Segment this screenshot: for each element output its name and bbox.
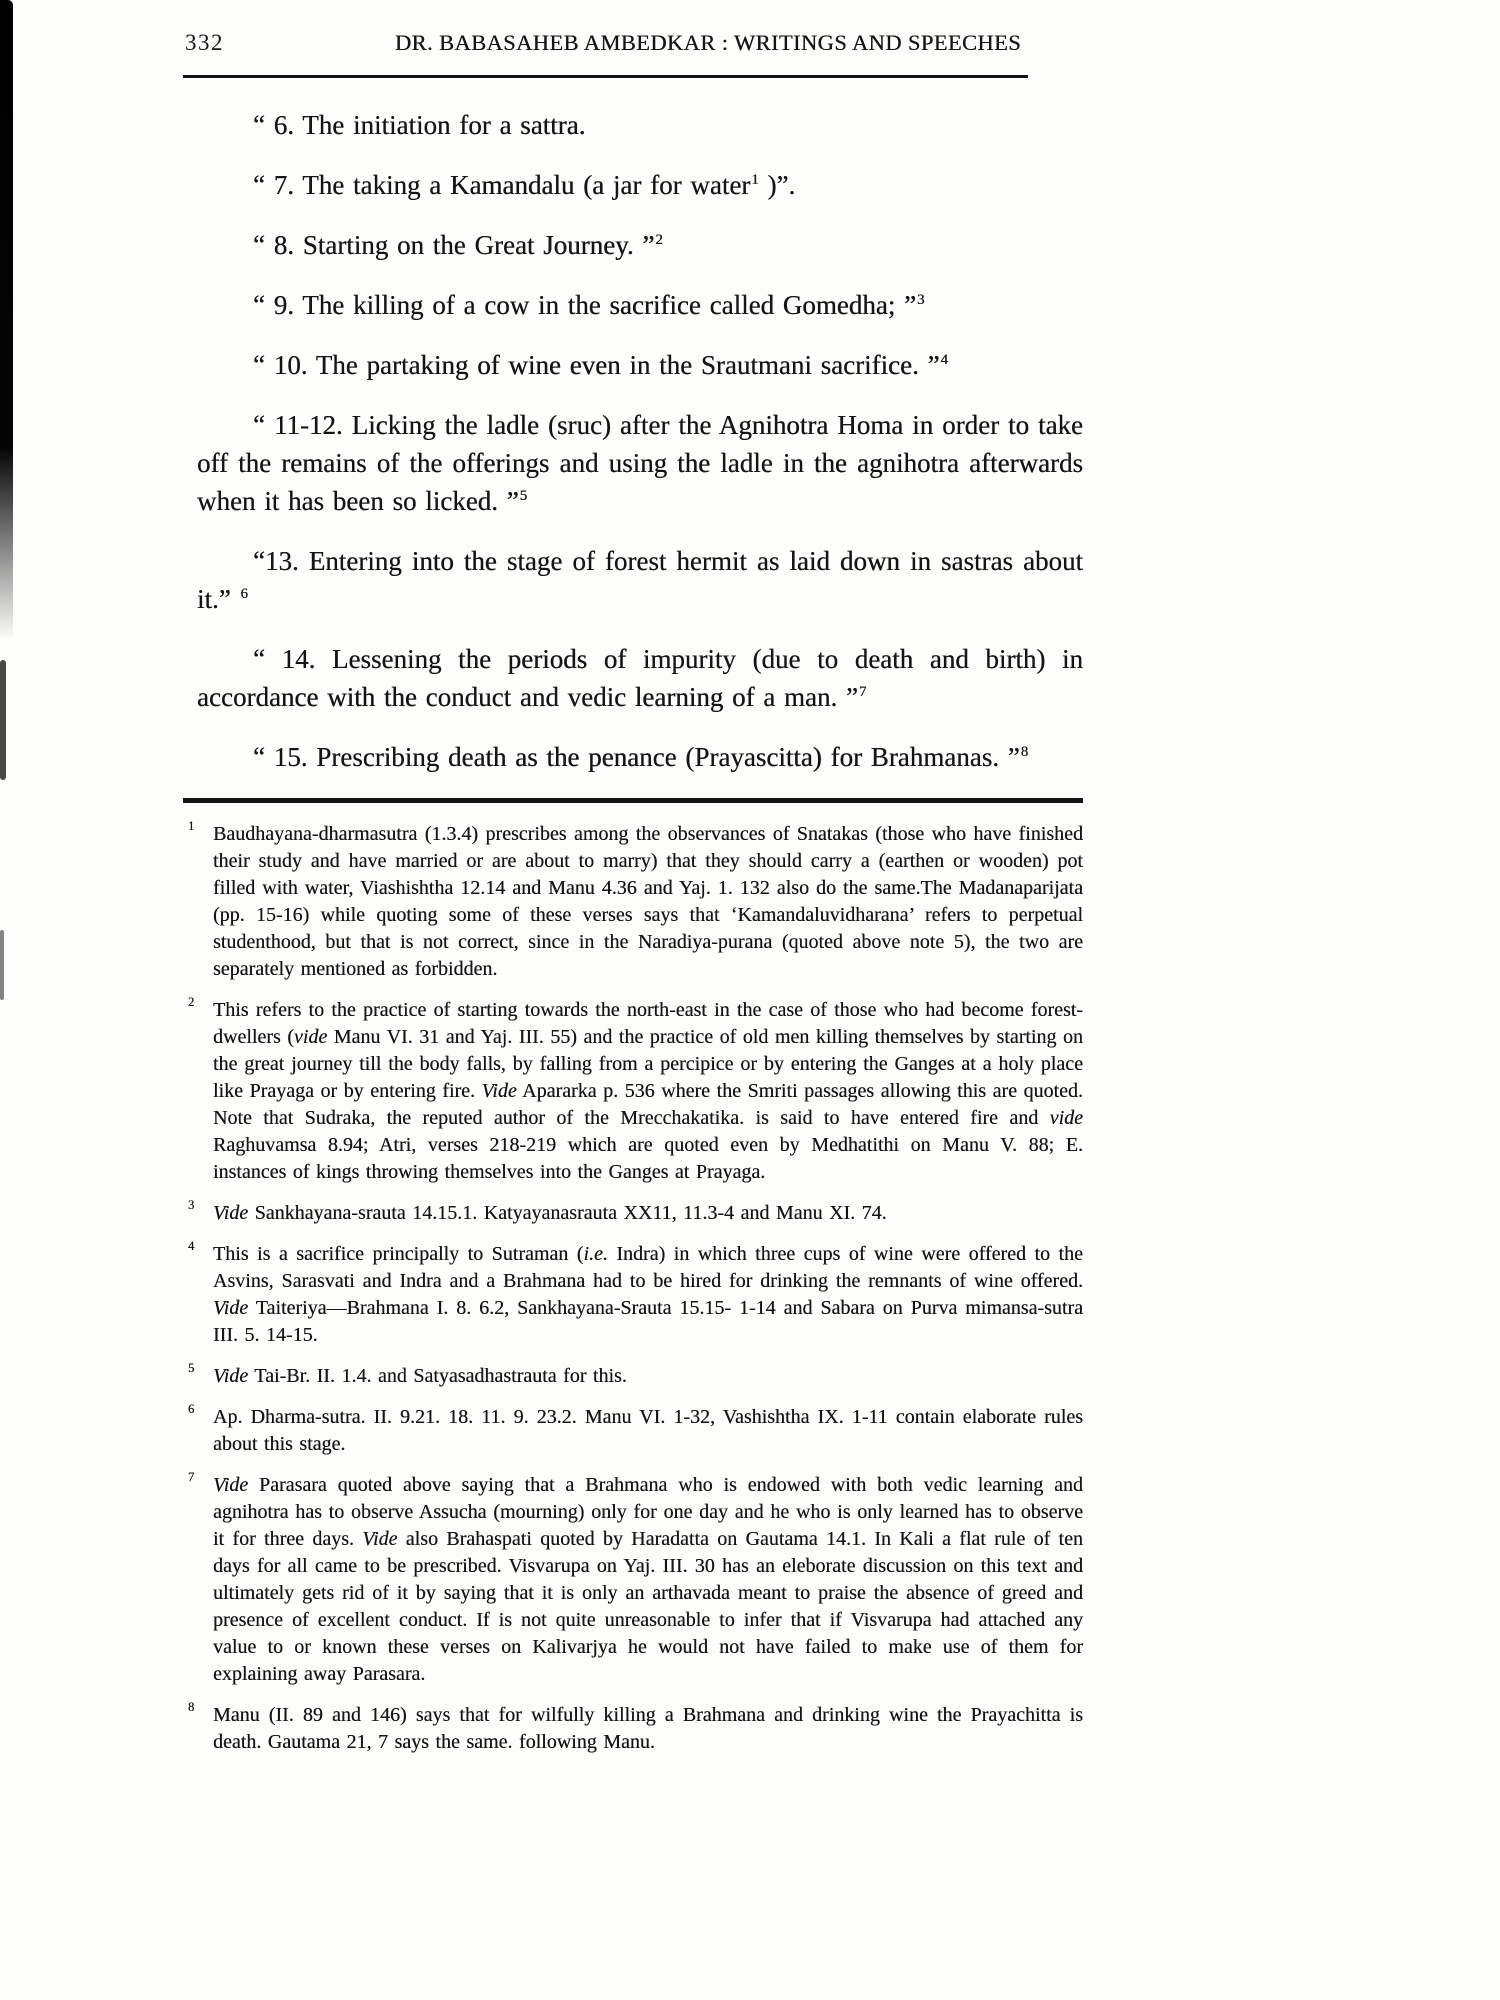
footnote: 3 Vide Sankhayana-srauta 14.15.1. Katyay… <box>183 1200 1083 1227</box>
footnote-text: This refers to the practice of starting … <box>213 999 1083 1183</box>
scan-artifact-left-edge <box>0 0 13 640</box>
page-content: 332 DR. BABASAHEB AMBEDKAR : WRITINGS AN… <box>183 0 1083 1770</box>
footnote-separator-rule <box>183 798 1083 803</box>
header-title: DR. BABASAHEB AMBEDKAR : WRITINGS AND SP… <box>183 30 1083 56</box>
footnote: 5 Vide Tai-Br. II. 1.4. and Satyasadhast… <box>183 1363 1083 1390</box>
footnote-marker: 4 <box>188 1240 194 1253</box>
footnotes-section: 1 Baudhayana-dharmasutra (1.3.4) prescri… <box>183 821 1083 1756</box>
footnote-marker: 7 <box>188 1471 194 1484</box>
footnote-marker: 3 <box>188 1199 194 1212</box>
footnote-marker: 1 <box>188 820 194 833</box>
body-paragraph: “ 7. The taking a Kamandalu (a jar for w… <box>197 166 1083 204</box>
footnote: 8 Manu (II. 89 and 146) says that for wi… <box>183 1702 1083 1756</box>
footnote-text: Vide Parasara quoted above saying that a… <box>213 1474 1083 1685</box>
scan-artifact-blob <box>0 930 4 1000</box>
footnote-marker: 5 <box>188 1362 194 1375</box>
footnote-marker: 8 <box>188 1701 194 1714</box>
footnote-text: This is a sacrifice principally to Sutra… <box>213 1243 1083 1346</box>
footnote-text: Baudhayana-dharmasutra (1.3.4) prescribe… <box>213 823 1083 980</box>
body-paragraph: “ 10. The partaking of wine even in the … <box>197 346 1083 384</box>
body-paragraph: “ 11-12. Licking the ladle (sruc) after … <box>197 406 1083 520</box>
footnote-text: Vide Tai-Br. II. 1.4. and Satyasadhastra… <box>213 1365 627 1387</box>
page-header: 332 DR. BABASAHEB AMBEDKAR : WRITINGS AN… <box>183 0 1083 66</box>
body-paragraph: “ 15. Prescribing death as the penance (… <box>197 738 1083 776</box>
body-paragraph: “ 9. The killing of a cow in the sacrifi… <box>197 286 1083 324</box>
body-paragraph: “ 8. Starting on the Great Journey. ”2 <box>197 226 1083 264</box>
footnote-marker: 2 <box>188 996 194 1009</box>
footnote-text: Vide Sankhayana-srauta 14.15.1. Katyayan… <box>213 1202 887 1224</box>
scan-artifact-blob <box>0 660 6 780</box>
page-number: 332 <box>185 30 224 56</box>
footnote-text: Ap. Dharma-sutra. II. 9.21. 18. 11. 9. 2… <box>213 1406 1083 1455</box>
footnote-marker: 6 <box>188 1403 194 1416</box>
body-paragraph: “ 14. Lessening the periods of impurity … <box>197 640 1083 716</box>
footnote: 7 Vide Parasara quoted above saying that… <box>183 1472 1083 1688</box>
footnote: 2 This refers to the practice of startin… <box>183 997 1083 1186</box>
body-paragraph: “13. Entering into the stage of forest h… <box>197 542 1083 618</box>
body-paragraph: “ 6. The initiation for a sattra. <box>197 106 1083 144</box>
footnote: 4 This is a sacrifice principally to Sut… <box>183 1241 1083 1349</box>
footnote-text: Manu (II. 89 and 146) says that for wilf… <box>213 1704 1083 1753</box>
scanned-book-page: 332 DR. BABASAHEB AMBEDKAR : WRITINGS AN… <box>0 0 1500 2000</box>
footnote: 1 Baudhayana-dharmasutra (1.3.4) prescri… <box>183 821 1083 983</box>
footnote: 6 Ap. Dharma-sutra. II. 9.21. 18. 11. 9.… <box>183 1404 1083 1458</box>
body-text: “ 6. The initiation for a sattra.“ 7. Th… <box>183 106 1083 776</box>
header-rule <box>183 75 1028 78</box>
